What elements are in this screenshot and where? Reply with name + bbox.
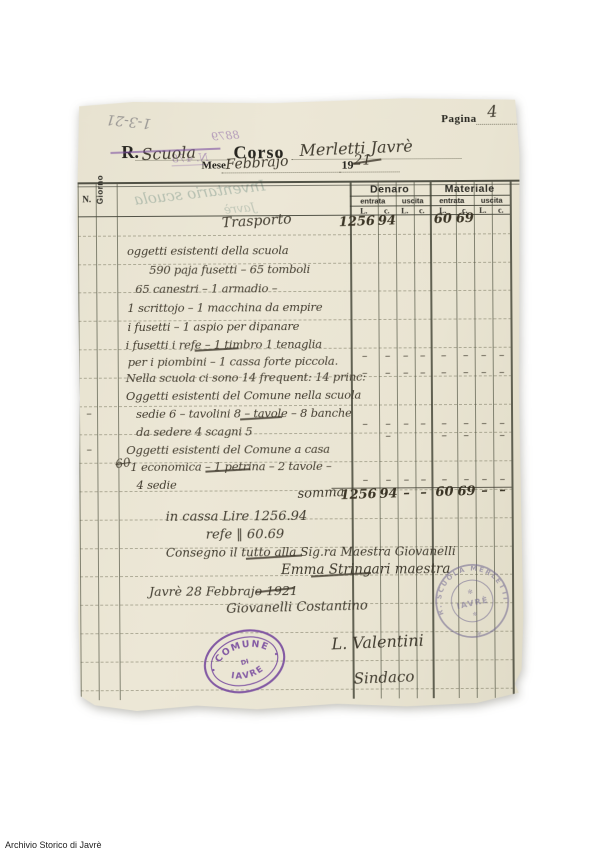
value-cell	[397, 429, 415, 442]
value-cell	[351, 430, 379, 443]
column-header-denaro: Denaro	[350, 183, 430, 195]
inventory-line: i fusetti – 1 aspio per dipanare	[127, 319, 299, 334]
subheader-denaro-uscita: uscita	[396, 196, 430, 205]
inventory-line: 4 sedie	[136, 478, 176, 492]
archive-caption: Archivio Storico di Javrè	[5, 840, 102, 850]
scuola-merletti-stamp: R. SCUOLA MERLETTI ✻ IAVRÈ ✻ ✻	[425, 553, 520, 648]
inventory-line: 590 paja fusetti – 65 tomboli	[149, 262, 310, 277]
stamp-center-text: IAVRÈ	[455, 593, 489, 611]
scanned-archive-page: { "archive_label": "Archivio Storico di …	[0, 0, 600, 857]
value-cell: –	[397, 486, 415, 502]
value-cell	[414, 212, 430, 228]
protocol-stamp-number: 8879	[211, 128, 240, 143]
inventory-line: 65 canestri – 1 armadio –	[135, 281, 277, 296]
school-handwritten: Scuola	[141, 143, 196, 164]
value-cell: –	[379, 429, 397, 442]
value-cell: –	[493, 349, 511, 362]
page-number-handwritten: 4	[486, 101, 498, 121]
value-cell: –	[379, 349, 397, 362]
cassa-line: in cassa Lire 1256.94	[166, 509, 308, 525]
value-cell: 1256	[336, 214, 378, 230]
paper-background: Inventario scuola Javrè 1-3-21 8879 N. 4…	[73, 96, 525, 717]
value-cell: –	[415, 366, 431, 379]
inventory-line: da sedere 4 scagni 5	[136, 424, 252, 439]
value-cell: –	[351, 367, 379, 380]
value-cell: –	[351, 350, 379, 363]
value-cell: –	[431, 429, 457, 442]
stamp-mark-top: ✻	[467, 587, 474, 596]
value-cell: –	[431, 349, 457, 362]
value-cell: –	[493, 483, 511, 499]
value-cell: –	[397, 349, 415, 362]
value-cell: –	[493, 429, 511, 442]
value-cell	[492, 210, 510, 226]
value-cell: 69	[457, 484, 475, 500]
svg-text:IAVRE: IAVRE	[228, 663, 267, 685]
subheader-denaro-entrata: entrata	[350, 196, 396, 205]
dash-row: ––––––––	[351, 349, 511, 363]
stamp-text-di: DI	[240, 657, 249, 667]
value-cell: 1256	[337, 487, 379, 503]
giorno-rotated-text: Giorno	[96, 175, 105, 204]
consegna-line: Consegno il tutto alla Sig.ra Maestra Gi…	[166, 544, 456, 560]
subheader-materiale-entrata: entrata	[430, 196, 474, 205]
inventory-line: oggetti esistenti della scuola	[127, 243, 288, 258]
value-cell: 94	[378, 213, 396, 229]
inventory-line: per i piombini – 1 cassa forte piccola.	[128, 354, 338, 369]
margin-number-note: 60	[114, 455, 131, 471]
inventory-line: Nella scuola ci sono 14 frequent: 14 pri…	[126, 370, 366, 385]
value-cell: 69	[456, 211, 474, 227]
date-line: Javrè 28 Febbrajo 1921	[149, 583, 298, 599]
value-cell: –	[379, 366, 397, 379]
value-cell: –	[457, 366, 475, 379]
value-cell: –	[457, 429, 475, 442]
inventory-line: Oggetti esistenti del Comune a casa	[126, 442, 330, 457]
pagina-label: Pagina	[441, 113, 476, 125]
value-cell: 60	[431, 484, 457, 500]
value-cell: –	[351, 474, 379, 487]
value-cell: –	[475, 349, 493, 362]
stamp-mark-bottom: ✻	[472, 610, 478, 618]
value-cell: –	[493, 366, 511, 379]
subheader-materiale-uscita: uscita	[474, 196, 510, 205]
value-cell: –	[415, 485, 431, 501]
stamp-mark-ring-bottom: ✻	[476, 630, 482, 638]
stamp-text-iavre: IAVRE	[228, 663, 267, 685]
dash-row: ––––	[351, 429, 511, 443]
pagina-dotted-line	[476, 113, 521, 125]
margin-dash: –	[83, 407, 95, 420]
value-cell	[475, 429, 493, 442]
inventory-line: 1 economica – 1 petrina – 2 tavole –	[130, 459, 331, 474]
value-cell	[396, 213, 414, 229]
value-cell: –	[431, 366, 457, 379]
sindaco-label: Sindaco	[353, 667, 414, 687]
pencil-date-note: 1-3-21	[106, 111, 152, 131]
column-header-giorno: Giorno	[96, 184, 117, 216]
value-cell: 94	[379, 486, 397, 502]
scanned-paper-sheet: Inventario scuola Javrè 1-3-21 8879 N. 4…	[73, 96, 525, 717]
inventory-line: i fusetti i refe – 1 timbro 1 tenaglia	[126, 337, 322, 352]
value-cell: 60	[430, 211, 456, 227]
value-cell: –	[397, 473, 415, 486]
dash-row: ––––––––	[351, 366, 511, 380]
value-cell: –	[379, 473, 397, 486]
value-cell: –	[397, 366, 415, 379]
refe-line: refe ‖ 60.69	[206, 527, 284, 542]
value-cell	[415, 429, 431, 442]
inventory-line: 1 scrittojo – 1 macchina da empire	[127, 300, 322, 315]
value-cell: –	[475, 366, 493, 379]
inventory-line: Oggetti esistenti del Comune nella scuol…	[126, 388, 361, 403]
column-header-materiale: Materiale	[430, 183, 510, 195]
value-cell: –	[475, 483, 493, 499]
column-header-n: N.	[78, 194, 96, 204]
value-cell: –	[415, 349, 431, 362]
valentini-signature: L. Valentini	[331, 631, 424, 654]
value-cell: –	[457, 349, 475, 362]
value-cell	[474, 210, 492, 226]
margin-dash: –	[83, 443, 95, 456]
